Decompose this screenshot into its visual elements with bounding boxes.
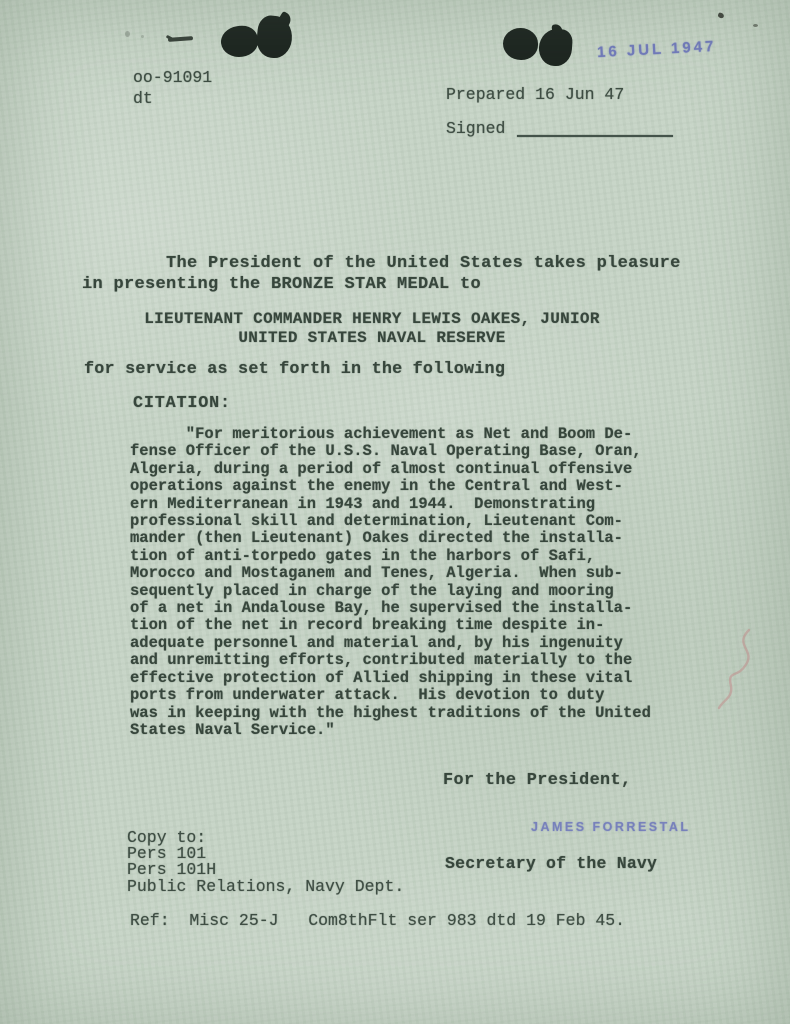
- citation-paragraph: "For meritorious achievement as Net and …: [130, 426, 651, 739]
- file-number: oo-91091 dt: [133, 67, 212, 109]
- ink-speck-icon: [125, 31, 130, 37]
- copy-to-list: Copy to: Pers 101 Pers 101H Public Relat…: [127, 830, 404, 895]
- ink-blot-icon: [255, 14, 294, 59]
- ink-speck-icon: [717, 12, 724, 19]
- ink-blot-icon: [503, 28, 538, 60]
- pencil-squiggle-mark: [703, 622, 767, 714]
- ink-blot-icon: [538, 28, 574, 67]
- ink-speck-icon: [753, 24, 758, 27]
- recipient-name: LIEUTENANT COMMANDER HENRY LEWIS OAKES, …: [82, 310, 662, 347]
- signed-label: Signed: [446, 119, 505, 138]
- reference-line: Ref: Misc 25-J Com8thFlt ser 983 dtd 19 …: [130, 911, 625, 930]
- document-page: 16 JUL 1947 oo-91091 dt Prepared 16 Jun …: [0, 0, 790, 1024]
- prepared-date-line: Prepared 16 Jun 47: [446, 85, 624, 104]
- service-line: for service as set forth in the followin…: [84, 360, 505, 379]
- ink-speck-icon: [141, 35, 144, 38]
- for-the-president-line: For the President,: [443, 771, 631, 790]
- signer-title-line: Secretary of the Navy: [445, 854, 657, 873]
- date-received-stamp: 16 JUL 1947: [597, 38, 717, 61]
- pen-dash-mark-icon: [168, 36, 193, 42]
- james-forrestal-signature-stamp: JAMES FORRESTAL: [531, 820, 691, 834]
- intro-paragraph: The President of the United States takes…: [82, 254, 681, 295]
- signature-blank-line: [517, 135, 673, 137]
- ink-blot-icon: [219, 24, 260, 60]
- citation-heading: CITATION:: [133, 394, 231, 413]
